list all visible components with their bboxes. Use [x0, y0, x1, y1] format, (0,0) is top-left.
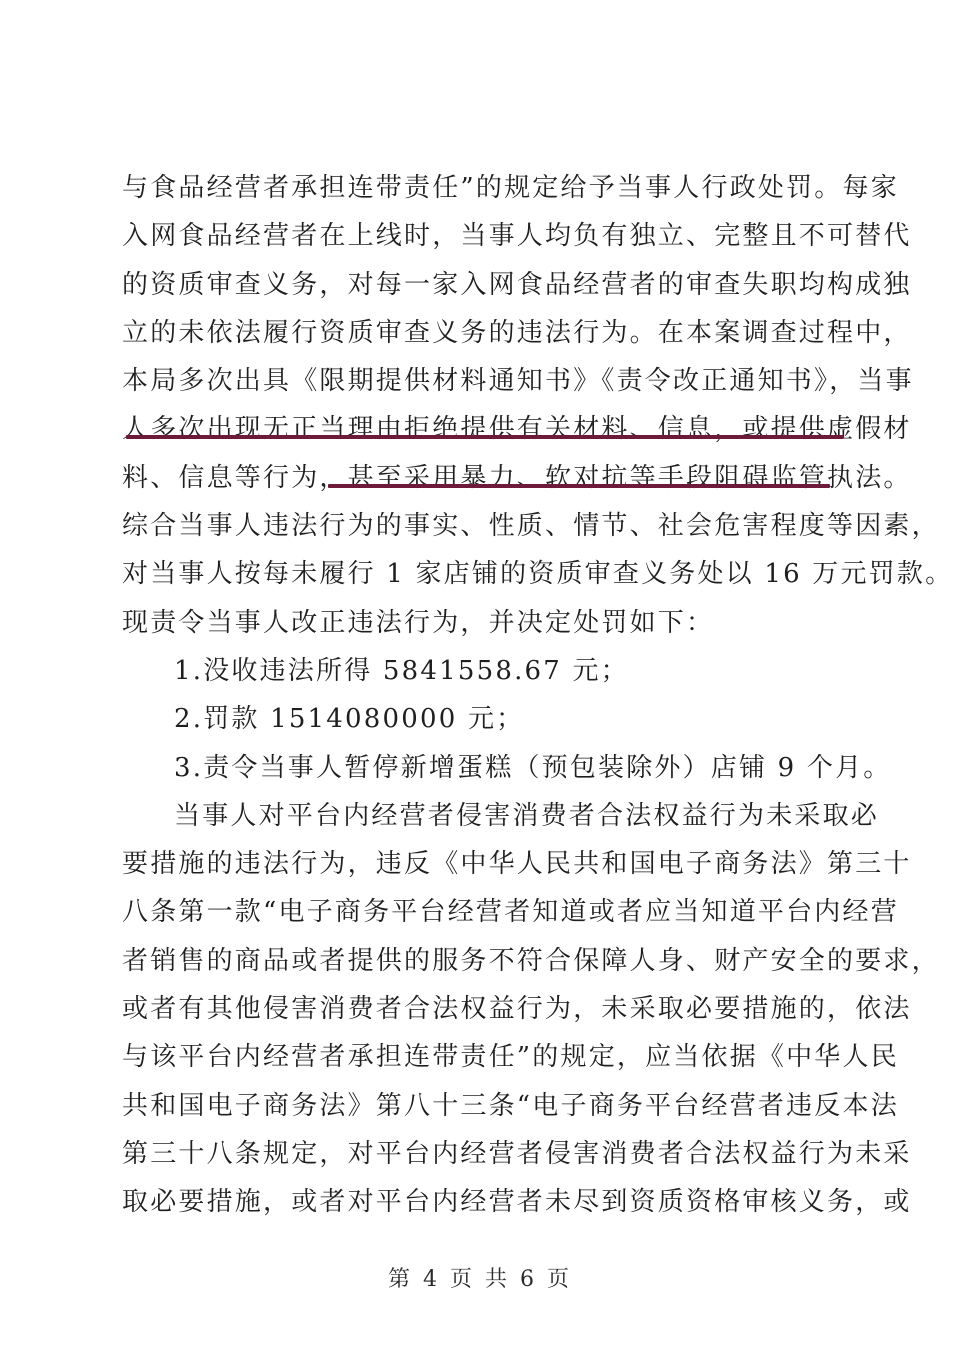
highlight-underline-2: [328, 484, 830, 488]
highlight-underline-1: [126, 435, 844, 439]
text-line: 八条第一款“电子商务平台经营者知道或者应当知道平台内经营: [122, 892, 850, 940]
penalty-item-3: 3.责令当事人暂停新增蛋糕（预包装除外）店铺 9 个月。: [122, 748, 850, 796]
page-number-footer: 第 4 页 共 6 页: [0, 1262, 960, 1293]
penalty-item-2: 2.罚款 1514080000 元；: [122, 699, 850, 747]
text-line: 对当事人按每未履行 1 家店铺的资质审查义务处以 16 万元罚款。: [122, 554, 850, 602]
text-line: 的资质审查义务，对每一家入网食品经营者的审查失职均构成独: [122, 265, 850, 313]
text-line: 者销售的商品或者提供的服务不符合保障人身、财产安全的要求，: [122, 941, 850, 989]
text-line: 第三十八条规定，对平台内经营者侵害消费者合法权益行为未采: [122, 1134, 850, 1182]
penalty-item-1: 1.没收违法所得 5841558.67 元；: [122, 651, 850, 699]
text-line: 与该平台内经营者承担连带责任”的规定，应当依据《中华人民: [122, 1037, 850, 1085]
text-line: 综合当事人违法行为的事实、性质、情节、社会危害程度等因素，: [122, 506, 850, 554]
text-line-highlighted: 料、信息等行为，甚至采用暴力、软对抗等手段阻碍监管执法。: [122, 458, 850, 506]
text-line: 取必要措施，或者对平台内经营者未尽到资质资格审核义务，或: [122, 1182, 850, 1230]
text-line: 共和国电子商务法》第八十三条“电子商务平台经营者违反本法: [122, 1086, 850, 1134]
text-line: 要措施的违法行为，违反《中华人民共和国电子商务法》第三十: [122, 844, 850, 892]
text-line: 本局多次出具《限期提供材料通知书》《责令改正通知书》，当事: [122, 361, 850, 409]
paragraph-start: 当事人对平台内经营者侵害消费者合法权益行为未采取必: [122, 796, 850, 844]
text-line: 入网食品经营者在上线时，当事人均负有独立、完整且不可替代: [122, 216, 850, 264]
document-body: 与食品经营者承担连带责任”的规定给予当事人行政处罚。每家 入网食品经营者在上线时…: [122, 168, 850, 1231]
text-line: 现责令当事人改正违法行为，并决定处罚如下：: [122, 603, 850, 651]
text-line: 与食品经营者承担连带责任”的规定给予当事人行政处罚。每家: [122, 168, 850, 216]
text-line: 或者有其他侵害消费者合法权益行为，未采取必要措施的，依法: [122, 989, 850, 1037]
text-line-highlighted: 人多次出现无正当理由拒绝提供有关材料、信息，或提供虚假材: [122, 409, 850, 457]
text-line: 立的未依法履行资质审查义务的违法行为。在本案调查过程中，: [122, 313, 850, 361]
